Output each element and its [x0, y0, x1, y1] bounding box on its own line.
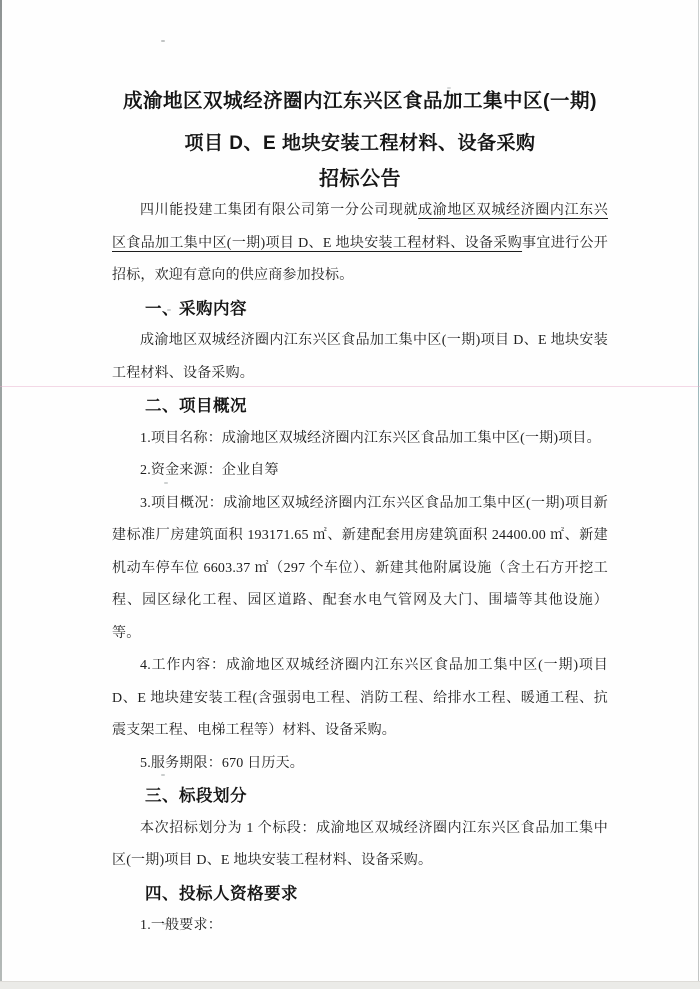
- document-title-line-1: 成渝地区双城经济圈内江东兴区食品加工集中区(一期): [112, 0, 608, 112]
- scanned-document-page: 成渝地区双城经济圈内江东兴区食品加工集中区(一期) 项目 D、E 地块安装工程材…: [0, 0, 700, 989]
- funding-source-item: 2.资金来源：企业自筹: [112, 455, 608, 488]
- scan-artifact-bottom-strip: [0, 981, 700, 989]
- section-heading-project-overview: 二、项目概况: [112, 390, 608, 423]
- scan-artifact-speck: [161, 40, 165, 42]
- scan-artifact-speck: [447, 87, 451, 89]
- scan-artifact-speck: [161, 774, 165, 776]
- bid-sections-paragraph: 本次招标划分为 1 个标段：成渝地区双城经济圈内江东兴区食品加工集中区(一期)项…: [112, 813, 608, 878]
- document-body: 四川能投建工集团有限公司第一分公司现就成渝地区双城经济圈内江东兴区食品加工集中区…: [112, 195, 608, 943]
- section-heading-bid-sections: 三、标段划分: [112, 780, 608, 813]
- scan-artifact-speck: [162, 923, 166, 925]
- intro-paragraph: 四川能投建工集团有限公司第一分公司现就成渝地区双城经济圈内江东兴区食品加工集中区…: [112, 195, 608, 293]
- scan-artifact-speck: [164, 482, 168, 484]
- section-heading-procurement-content: 一、采购内容: [112, 293, 608, 326]
- procurement-content-paragraph: 成渝地区双城经济圈内江东兴区食品加工集中区(一期)项目 D、E 地块安装工程材料…: [112, 325, 608, 390]
- document-title-line-3: 招标公告: [112, 168, 608, 190]
- scan-artifact-speck: [167, 309, 171, 311]
- work-content-item: 4.工作内容：成渝地区双城经济圈内江东兴区食品加工集中区(一期)项目 D、E 地…: [112, 650, 608, 748]
- service-period-item: 5.服务期限：670 日历天。: [112, 748, 608, 781]
- document-content: 成渝地区双城经济圈内江东兴区食品加工集中区(一期) 项目 D、E 地块安装工程材…: [112, 0, 608, 943]
- project-overview-item: 3.项目概况：成渝地区双城经济圈内江东兴区食品加工集中区(一期)项目新建标准厂房…: [112, 488, 608, 651]
- scan-artifact-pink-line: [0, 386, 700, 387]
- project-name-item: 1.项目名称：成渝地区双城经济圈内江东兴区食品加工集中区(一期)项目。: [112, 423, 608, 456]
- general-requirements-item: 1.一般要求：: [112, 910, 608, 943]
- scan-artifact-left-edge-line: [0, 0, 2, 989]
- section-heading-bidder-qualifications: 四、投标人资格要求: [112, 878, 608, 911]
- document-title-line-2: 项目 D、E 地块安装工程材料、设备采购: [112, 133, 608, 155]
- scan-artifact-right-edge-line: [698, 0, 699, 989]
- intro-prefix: 四川能投建工集团有限公司第一分公司现就: [140, 203, 418, 218]
